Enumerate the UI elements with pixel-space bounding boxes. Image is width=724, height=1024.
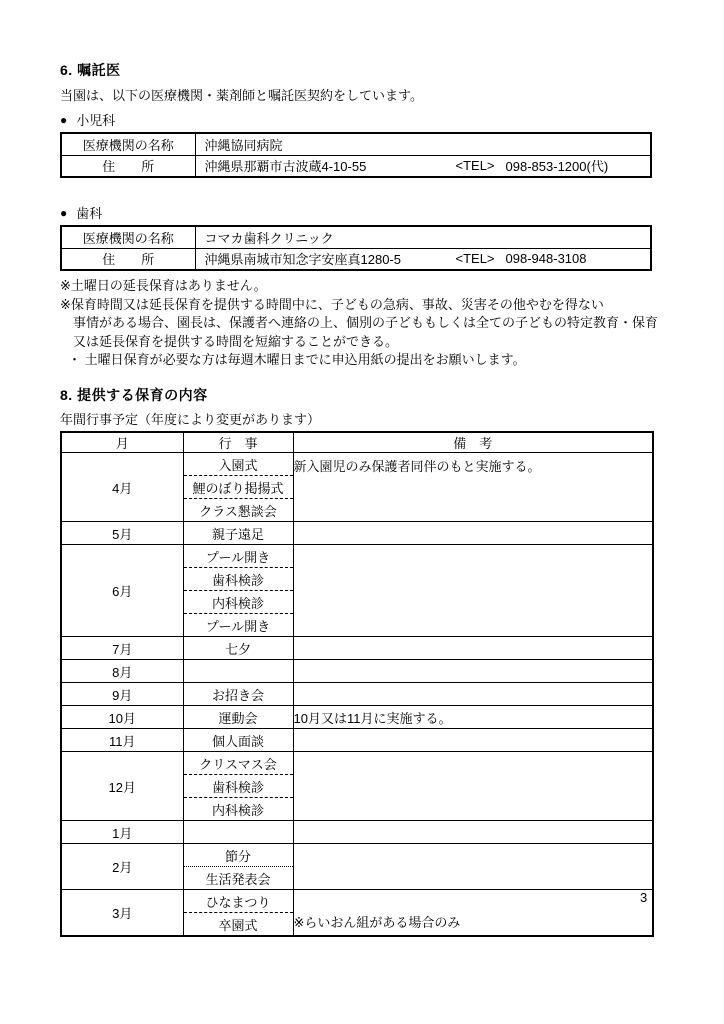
address-label: 住 所 <box>61 248 195 270</box>
month-header: 月 <box>61 432 183 453</box>
note-cell <box>293 660 653 683</box>
bullet-icon: ● <box>60 207 67 219</box>
pediatrics-category: 小児科 <box>76 110 115 129</box>
section8-heading: 8. 提供する保育の内容 <box>60 385 652 405</box>
event-cell: 七夕 <box>183 637 293 660</box>
note-cell <box>293 637 653 660</box>
event-cell <box>183 821 293 844</box>
month-cell: 5月 <box>61 522 183 545</box>
month-cell: 11月 <box>61 729 183 752</box>
table-row: 住 所 沖縄県南城市知念字安座真1280-5 <TEL> 098-948-310… <box>61 248 651 270</box>
event-cell: 親子遠足 <box>183 522 293 545</box>
note-line: ※保育時間又は延長保育を提供する時間中に、子どもの急病、事故、災害その他やむを得… <box>60 296 652 315</box>
dental-table: 医療機関の名称 コマカ歯科クリニック 住 所 沖縄県南城市知念字安座真1280-… <box>60 225 652 271</box>
month-cell: 6月 <box>61 545 183 637</box>
note-line: ・ 土曜日保育が必要な方は毎週木曜日までに申込用紙の提出をお願いします。 <box>60 351 652 370</box>
schedule-row: 7月七夕 <box>61 637 653 660</box>
section6-heading: 6. 嘱託医 <box>60 60 652 80</box>
note-cell <box>293 683 653 706</box>
tel-label: <TEL> <box>456 251 495 266</box>
note-cell: ※らいおん組がある場合のみ <box>293 890 653 936</box>
event-cell: 歯科検診 <box>183 568 293 591</box>
note-cell <box>293 844 653 890</box>
table-row: 医療機関の名称 沖縄協同病院 <box>61 133 651 155</box>
document-content: 6. 嘱託医 当園は、以下の医療機関・薬剤師と嘱託医契約をしています。 ● 小児… <box>60 60 652 937</box>
schedule-row: 9月お招き会 <box>61 683 653 706</box>
month-cell: 1月 <box>61 821 183 844</box>
event-cell: 卒園式 <box>183 913 293 936</box>
address-text: 沖縄県那覇市古波蔵4-10-55 <box>205 159 367 174</box>
tel-number: 098-853-1200(代) <box>506 156 609 175</box>
event-cell: 内科検診 <box>183 591 293 614</box>
event-cell: プール開き <box>183 545 293 568</box>
event-cell: 節分 <box>183 844 293 867</box>
schedule-row: 8月 <box>61 660 653 683</box>
table-row: 住 所 沖縄県那覇市古波蔵4-10-55 <TEL> 098-853-1200(… <box>61 155 651 177</box>
note-cell <box>293 752 653 821</box>
schedule-row: 12月クリスマス会 <box>61 752 653 775</box>
note-cell <box>293 522 653 545</box>
event-cell: 歯科検診 <box>183 775 293 798</box>
schedule-row: 4月入園式新入園児のみ保護者同伴のもと実施する。 <box>61 453 653 476</box>
schedule-subtitle: 年間行事予定（年度により変更があります） <box>60 409 652 428</box>
dental-category: 歯科 <box>76 203 102 222</box>
tel-group: <TEL> 098-948-3108 <box>456 249 587 270</box>
note-cell <box>293 545 653 637</box>
schedule-header-row: 月 行 事 備 考 <box>61 432 653 453</box>
schedule-row: 2月節分 <box>61 844 653 867</box>
institution-name-label: 医療機関の名称 <box>61 226 195 248</box>
event-cell: プール開き <box>183 614 293 637</box>
notes-block: ※土曜日の延長保育はありません。 ※保育時間又は延長保育を提供する時間中に、子ど… <box>60 277 652 370</box>
month-cell: 9月 <box>61 683 183 706</box>
tel-group: <TEL> 098-853-1200(代) <box>456 156 609 177</box>
pediatrics-table: 医療機関の名称 沖縄協同病院 住 所 沖縄県那覇市古波蔵4-10-55 <TEL… <box>60 132 652 178</box>
tel-number: 098-948-3108 <box>506 251 587 266</box>
institution-name-label: 医療機関の名称 <box>61 133 195 155</box>
note-cell <box>293 821 653 844</box>
document-page: 6. 嘱託医 当園は、以下の医療機関・薬剤師と嘱託医契約をしています。 ● 小児… <box>0 0 724 1024</box>
event-cell: 入園式 <box>183 453 293 476</box>
note-cell: 新入園児のみ保護者同伴のもと実施する。 <box>293 453 653 522</box>
event-cell: 個人面談 <box>183 729 293 752</box>
schedule-row: 11月個人面談 <box>61 729 653 752</box>
page-number: 3 <box>640 890 647 905</box>
institution-name-value: 沖縄協同病院 <box>195 133 651 155</box>
note-line: ※土曜日の延長保育はありません。 <box>60 277 652 296</box>
table-row: 医療機関の名称 コマカ歯科クリニック <box>61 226 651 248</box>
dental-label: ● 歯科 <box>60 203 652 222</box>
address-value: 沖縄県南城市知念字安座真1280-5 <TEL> 098-948-3108 <box>195 248 651 270</box>
event-header: 行 事 <box>183 432 293 453</box>
pediatrics-label: ● 小児科 <box>60 110 652 129</box>
schedule-row: 10月運動会10月又は11月に実施する。 <box>61 706 653 729</box>
event-cell: 内科検診 <box>183 798 293 821</box>
schedule-row: 1月 <box>61 821 653 844</box>
section6-intro: 当園は、以下の医療機関・薬剤師と嘱託医契約をしています。 <box>60 85 652 104</box>
month-cell: 12月 <box>61 752 183 821</box>
month-cell: 3月 <box>61 890 183 936</box>
month-cell: 10月 <box>61 706 183 729</box>
schedule-row: 5月親子遠足 <box>61 522 653 545</box>
note-cell <box>293 729 653 752</box>
month-cell: 2月 <box>61 844 183 890</box>
schedule-row: 3月ひなまつり※らいおん組がある場合のみ <box>61 890 653 913</box>
month-cell: 4月 <box>61 453 183 522</box>
address-label: 住 所 <box>61 155 195 177</box>
address-text: 沖縄県南城市知念字安座真1280-5 <box>205 252 401 267</box>
note-cell: 10月又は11月に実施する。 <box>293 706 653 729</box>
institution-name-value: コマカ歯科クリニック <box>195 226 651 248</box>
note-header: 備 考 <box>293 432 653 453</box>
note-line: 事情がある場合、園長は、保護者へ連絡の上、個別の子どももしくは全ての子どもの特定… <box>60 314 652 333</box>
event-cell: クリスマス会 <box>183 752 293 775</box>
month-cell: 8月 <box>61 660 183 683</box>
event-cell: 生活発表会 <box>183 867 293 890</box>
event-cell: 運動会 <box>183 706 293 729</box>
month-cell: 7月 <box>61 637 183 660</box>
event-cell: ひなまつり <box>183 890 293 913</box>
event-cell: クラス懇談会 <box>183 499 293 522</box>
annual-schedule-body: 4月入園式新入園児のみ保護者同伴のもと実施する。鯉のぼり掲揚式クラス懇談会5月親… <box>61 453 653 936</box>
address-value: 沖縄県那覇市古波蔵4-10-55 <TEL> 098-853-1200(代) <box>195 155 651 177</box>
event-cell: 鯉のぼり掲揚式 <box>183 476 293 499</box>
schedule-row: 6月プール開き <box>61 545 653 568</box>
event-cell: お招き会 <box>183 683 293 706</box>
annual-schedule-table: 月 行 事 備 考 4月入園式新入園児のみ保護者同伴のもと実施する。鯉のぼり掲揚… <box>60 431 654 937</box>
bullet-icon: ● <box>60 114 67 126</box>
tel-label: <TEL> <box>456 158 495 173</box>
event-cell <box>183 660 293 683</box>
note-line: 又は延長保育を提供する時間を短縮することができる。 <box>60 333 652 352</box>
